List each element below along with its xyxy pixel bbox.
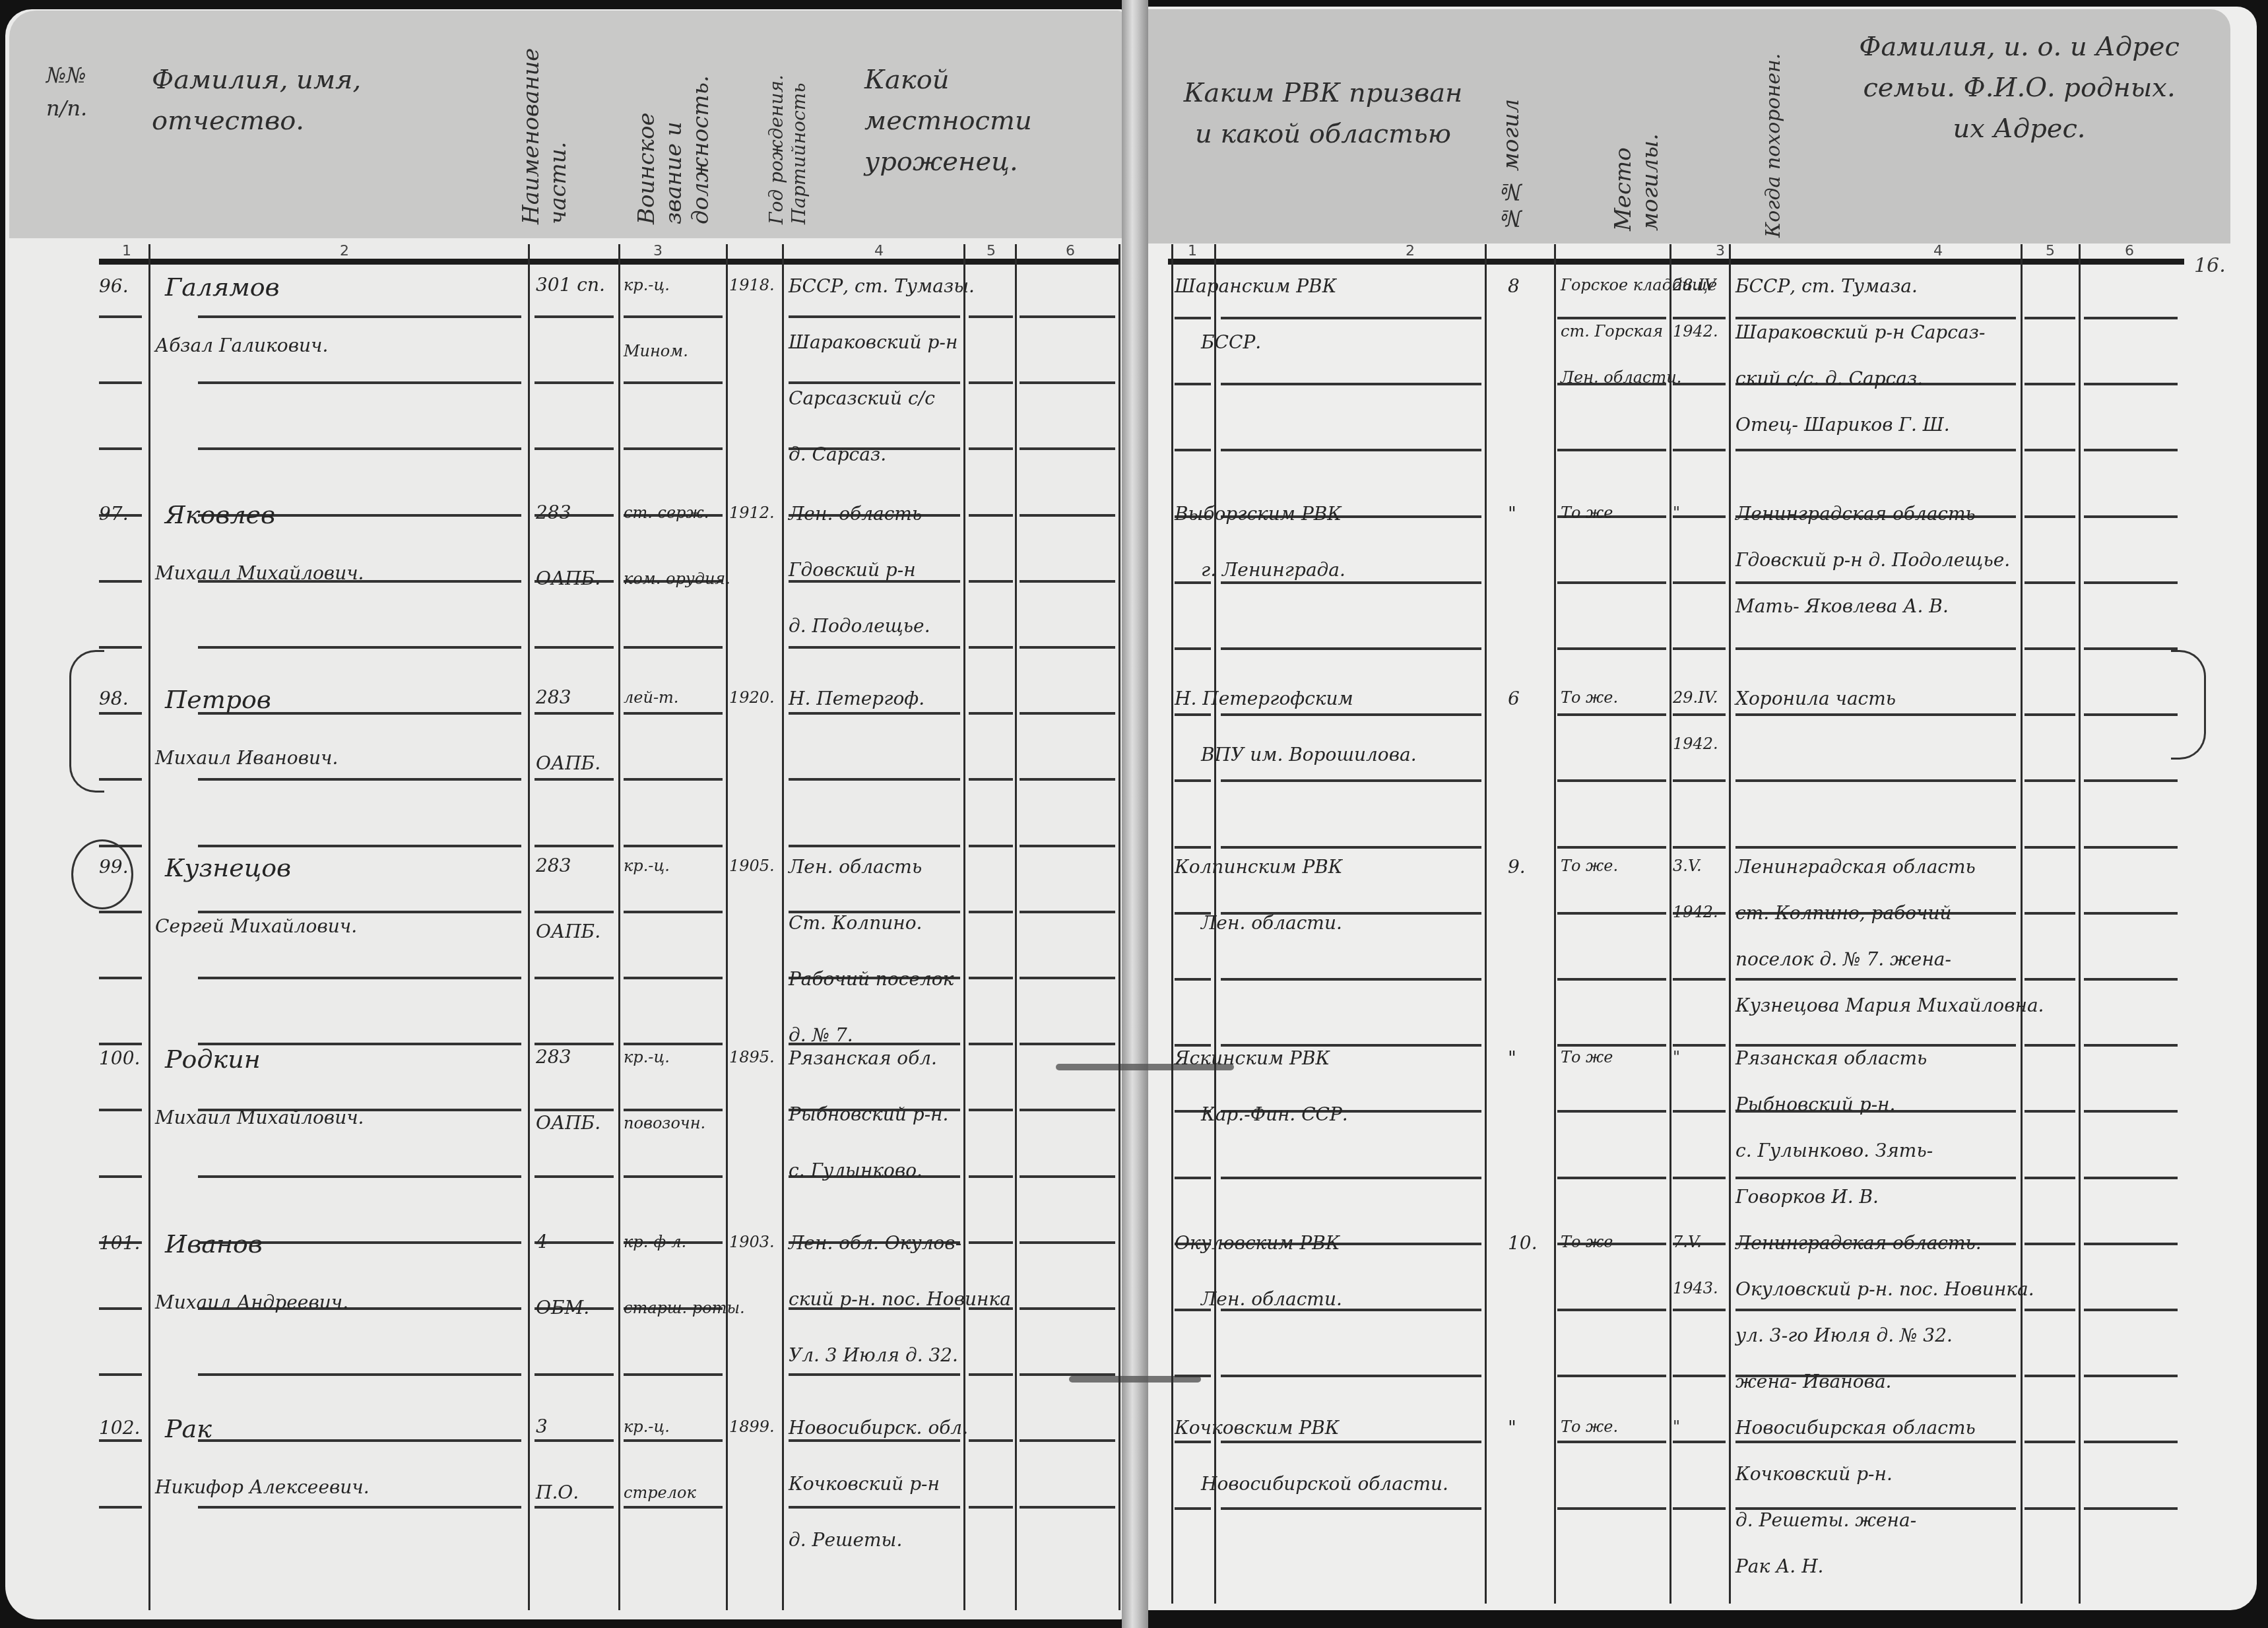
- ruled-line: [1557, 846, 1666, 849]
- ruled-line: [2025, 1177, 2075, 1179]
- ruled-line: [1673, 317, 1726, 319]
- ruled-line: [1735, 1044, 2016, 1047]
- ruled-line: [1673, 581, 1726, 584]
- ruled-line: [2084, 1507, 2178, 1510]
- header-col-number: №№ п/п.: [46, 59, 106, 125]
- record-number: 101.: [99, 1234, 140, 1253]
- column-divider: [1118, 244, 1120, 1610]
- record-unit: П.О.: [536, 1483, 579, 1502]
- column-divider: [148, 244, 150, 1610]
- ruled-line: [969, 977, 1013, 979]
- column-divider: [1015, 244, 1017, 1610]
- ruled-line: [2025, 1507, 2075, 1510]
- record-rank: повозочн.: [624, 1115, 705, 1131]
- ruled-line: [307, 1439, 521, 1442]
- header-col-unit: Наименование части.: [518, 26, 572, 224]
- record-burial-date: 1942.: [1673, 736, 1718, 752]
- ruled-line: [307, 381, 521, 384]
- record-surname: Кузнецов: [165, 855, 291, 880]
- ruled-line: [1221, 383, 1481, 385]
- ruled-line: [1673, 1375, 1726, 1377]
- record-family: ский с/с. д. Сарсаз.: [1735, 370, 1923, 388]
- ruled-line: [1673, 1044, 1726, 1047]
- ruled-line: [1673, 647, 1726, 650]
- ruled-line: [99, 712, 142, 715]
- ruled-line: [1221, 317, 1481, 319]
- ruled-line: [789, 315, 960, 318]
- ruled-line: [1557, 1375, 1666, 1377]
- record-unit: ОБМ.: [536, 1299, 589, 1317]
- ruled-line: [198, 977, 323, 979]
- ruled-line: [1175, 713, 1211, 716]
- record-given-names: Михаил Михайлович.: [155, 1109, 364, 1127]
- ruled-line: [1557, 1110, 1666, 1113]
- ruled-line: [969, 1109, 1013, 1111]
- ruled-line: [99, 646, 142, 649]
- record-family: Мать- Яковлева А. В.: [1735, 597, 1949, 616]
- ruled-line: [535, 447, 614, 450]
- ruled-line: [198, 845, 323, 847]
- record-origin: Лен. область: [789, 858, 922, 876]
- ruled-line: [2084, 846, 2178, 849]
- record-given-names: Михаил Михайлович.: [155, 564, 364, 583]
- column-divider: [618, 244, 620, 1610]
- ruled-line: [2025, 317, 2075, 319]
- ruled-line: [2084, 1243, 2178, 1245]
- record-family: Говорков И. В.: [1735, 1188, 1879, 1206]
- ruled-line: [1735, 1177, 2016, 1179]
- record-origin: Н. Петергоф.: [789, 690, 924, 708]
- ruled-line: [1735, 713, 2016, 716]
- record-number: 102.: [99, 1419, 140, 1437]
- record-grave-place: То же: [1561, 1049, 1613, 1065]
- record-unit: ОАПБ.: [536, 754, 600, 773]
- record-burial-date: 1942.: [1673, 904, 1718, 920]
- record-surname: Яковлев: [165, 502, 275, 527]
- column-divider: [1554, 244, 1556, 1604]
- ruled-line: [969, 1373, 1013, 1376]
- margin-bracket: [2171, 650, 2206, 760]
- record-family: Отец- Шариков Г. Ш.: [1735, 416, 1950, 434]
- column-number: 6: [2125, 243, 2134, 259]
- ruled-line: [1673, 713, 1726, 716]
- ruled-line: [624, 1373, 723, 1376]
- header-col-origin: Какой местности уроженец.: [864, 59, 1076, 182]
- ruled-line: [198, 447, 323, 450]
- record-grave-number: ": [1508, 505, 1516, 523]
- ruled-line: [1673, 1507, 1726, 1510]
- record-family: д. Решеты. жена-: [1735, 1511, 1916, 1530]
- ruled-line: [624, 778, 723, 781]
- record-rank: стрелок: [624, 1485, 696, 1501]
- record-rank: кр.-ц.: [624, 1049, 670, 1065]
- ruled-line: [307, 778, 521, 781]
- book-spine: [1122, 0, 1148, 1628]
- ruled-line: [2025, 779, 2075, 782]
- ruled-line: [1020, 778, 1115, 781]
- record-birth-year: 1905.: [729, 858, 775, 874]
- record-grave-number: ": [1508, 1419, 1516, 1437]
- ruled-line: [969, 911, 1013, 913]
- ruled-line: [99, 580, 142, 583]
- ruled-line: [969, 1506, 1013, 1509]
- ruled-line: [2084, 1110, 2178, 1113]
- record-burial-date: 3.V.: [1673, 858, 1702, 874]
- record-given-names: Никифор Алексеевич.: [155, 1478, 370, 1497]
- record-family: Хоронила часть: [1735, 690, 1896, 708]
- ruled-line: [2084, 317, 2178, 319]
- ruled-line: [1020, 447, 1115, 450]
- record-family: жена- Иванова.: [1735, 1373, 1892, 1391]
- ruled-line: [2084, 1441, 2178, 1443]
- ruled-line: [535, 646, 614, 649]
- ruled-line: [624, 381, 723, 384]
- ruled-line: [1020, 977, 1115, 979]
- record-rank: кр.-ц.: [624, 858, 670, 874]
- header-col-rank: Воинское звание и должность.: [633, 26, 714, 224]
- record-birth-year: 1899.: [729, 1419, 775, 1435]
- column-number: 5: [987, 243, 996, 259]
- record-burial-date: 28.IV: [1673, 277, 1716, 293]
- ruled-line: [1673, 978, 1726, 981]
- ruled-line: [307, 1043, 521, 1045]
- ruled-line: [1735, 647, 2016, 650]
- ruled-line: [1221, 1507, 1481, 1510]
- record-grave-number: 8: [1508, 277, 1520, 296]
- ruled-line: [2025, 449, 2075, 451]
- ruled-line: [1020, 1307, 1115, 1310]
- ruled-line: [1673, 1309, 1726, 1311]
- ruled-line: [198, 1373, 323, 1376]
- ruled-line: [1735, 317, 2016, 319]
- record-origin: Лен. обл. Окулов-: [789, 1234, 961, 1253]
- ruled-line: [1020, 1109, 1115, 1111]
- record-grave-place: То же.: [1561, 1419, 1618, 1435]
- ruled-line: [198, 1506, 323, 1509]
- record-grave-number: 9.: [1508, 858, 1526, 876]
- ruled-line: [1735, 846, 2016, 849]
- record-origin: д. Подолещье.: [789, 617, 930, 635]
- record-number: 99.: [99, 858, 129, 876]
- ruled-line: [1175, 317, 1211, 319]
- record-burial-date: 1942.: [1673, 323, 1718, 339]
- record-origin: Шараковский р-н: [789, 333, 957, 352]
- record-rank: ком. орудия.: [624, 571, 730, 587]
- ruled-line: [624, 315, 723, 318]
- record-grave-place: То же: [1561, 1234, 1613, 1250]
- ruled-line: [1020, 712, 1115, 715]
- record-unit: 301 сп.: [536, 276, 605, 294]
- record-grave-place: ст. Горская: [1561, 323, 1663, 339]
- record-family: Новосибирская область: [1735, 1419, 1976, 1437]
- record-origin: ский р-н. пос. Новинка: [789, 1290, 1011, 1309]
- ruled-line: [99, 1506, 142, 1509]
- ruled-line: [2025, 713, 2075, 716]
- column-number: 4: [1933, 243, 1943, 259]
- ruled-line: [1673, 1177, 1726, 1179]
- ruled-line: [99, 1439, 142, 1442]
- record-birth-year: 1912.: [729, 505, 775, 521]
- ruled-line: [624, 1109, 723, 1111]
- record-birth-year: 1903.: [729, 1234, 775, 1250]
- column-number: 1: [122, 243, 131, 259]
- ruled-line: [2084, 515, 2178, 518]
- ruled-line: [535, 845, 614, 847]
- record-rvk: Шаранским РВК: [1175, 277, 1336, 296]
- record-rank: кр.-ф-л.: [624, 1234, 686, 1250]
- record-unit: ОАПБ.: [536, 923, 600, 941]
- ruled-line: [1020, 1373, 1115, 1376]
- ruled-line: [624, 1439, 723, 1442]
- record-grave-number: 10.: [1508, 1234, 1538, 1253]
- ruled-line: [1175, 449, 1211, 451]
- record-number: 96.: [99, 277, 129, 296]
- record-grave-number: ": [1508, 1049, 1516, 1068]
- ruled-line: [969, 514, 1013, 517]
- record-birth-year: 1895.: [729, 1049, 775, 1065]
- record-rvk: Выборгским РВК: [1175, 505, 1342, 523]
- ruled-line: [624, 1175, 723, 1178]
- ruled-line: [2084, 912, 2178, 915]
- record-burial-date: 29.IV.: [1673, 690, 1718, 705]
- ruled-line: [1557, 647, 1666, 650]
- ruled-line: [307, 911, 521, 913]
- record-family: Гдовский р-н д. Подолещье.: [1735, 551, 2010, 570]
- record-family: с. Гулынково. Зять-: [1735, 1142, 1933, 1160]
- ruled-line: [1673, 1110, 1726, 1113]
- ruled-line: [1735, 581, 2016, 584]
- ruled-line: [1020, 845, 1115, 847]
- record-birth-year: 1920.: [729, 690, 775, 705]
- ruled-line: [535, 1373, 614, 1376]
- ruled-line: [2084, 1177, 2178, 1179]
- record-rank: старш. роты.: [624, 1300, 745, 1316]
- ruled-line: [2025, 846, 2075, 849]
- record-burial-date: ": [1673, 1049, 1680, 1065]
- record-rvk: ВПУ им. Ворошилова.: [1201, 746, 1417, 764]
- record-unit: 283: [536, 857, 571, 875]
- record-rank: кр.-ц.: [624, 1419, 670, 1435]
- ruled-line: [1673, 779, 1726, 782]
- record-given-names: Михаил Андреевич.: [155, 1293, 348, 1312]
- ruled-line: [2084, 978, 2178, 981]
- ruled-line: [2025, 515, 2075, 518]
- ruled-line: [99, 1043, 142, 1045]
- ruled-line: [1221, 779, 1481, 782]
- ruled-line: [307, 447, 521, 450]
- column-divider: [1729, 244, 1731, 1604]
- ruled-line: [99, 911, 142, 913]
- ruled-line: [969, 778, 1013, 781]
- ruled-line: [1557, 581, 1666, 584]
- ruled-line: [535, 911, 614, 913]
- column-divider: [1171, 244, 1173, 1604]
- ruled-line: [2025, 383, 2075, 385]
- ruled-line: [1020, 1043, 1115, 1045]
- ruled-line: [969, 315, 1013, 318]
- ruled-line: [2084, 1309, 2178, 1311]
- ruled-line: [1175, 779, 1211, 782]
- ruled-line: [535, 315, 614, 318]
- header-rule: [99, 259, 1118, 265]
- ruled-line: [1221, 647, 1481, 650]
- ruled-line: [624, 911, 723, 913]
- header-col-year: Год рождения. Партийность: [765, 13, 810, 224]
- record-rvk: Новосибирской области.: [1201, 1475, 1448, 1493]
- ruled-line: [2025, 1441, 2075, 1443]
- ruled-line: [624, 447, 723, 450]
- ruled-line: [1221, 1044, 1481, 1047]
- ruled-line: [1557, 1309, 1666, 1311]
- ruled-line: [789, 712, 960, 715]
- ruled-line: [535, 977, 614, 979]
- record-rvk: Кочковским РВК: [1175, 1419, 1339, 1437]
- ruled-line: [535, 1439, 614, 1442]
- ruled-line: [2084, 449, 2178, 451]
- ruled-line: [99, 381, 142, 384]
- record-origin: д. № 7.: [789, 1026, 853, 1045]
- ruled-line: [1221, 449, 1481, 451]
- record-origin: Сарсазский с/с: [789, 389, 935, 408]
- ruled-line: [1735, 779, 2016, 782]
- record-origin: Лен. область: [789, 505, 922, 523]
- ruled-line: [624, 1506, 723, 1509]
- ruled-line: [307, 646, 521, 649]
- header-rule: [1168, 259, 2184, 265]
- ruled-line: [307, 845, 521, 847]
- column-divider: [963, 244, 965, 1610]
- ruled-line: [1735, 449, 2016, 451]
- record-family: Ленинградская область: [1735, 858, 1976, 876]
- ruled-line: [1221, 713, 1481, 716]
- ruled-line: [1557, 912, 1666, 915]
- record-origin: Новосибирск. обл.: [789, 1419, 968, 1437]
- ruled-line: [624, 845, 723, 847]
- ruled-line: [1020, 514, 1115, 517]
- ruled-line: [1175, 1044, 1211, 1047]
- ruled-line: [789, 1439, 960, 1442]
- record-unit: 283: [536, 504, 571, 522]
- column-divider: [726, 244, 728, 1610]
- ruled-line: [198, 315, 323, 318]
- record-burial-date: ": [1673, 505, 1680, 521]
- ruled-line: [1020, 911, 1115, 913]
- record-family: Рязанская область: [1735, 1049, 1927, 1068]
- record-rvk: БССР.: [1201, 333, 1261, 352]
- ruled-line: [307, 1175, 521, 1178]
- record-origin: БССР, ст. Тумазы.: [789, 277, 975, 296]
- ruled-line: [1557, 779, 1666, 782]
- ruled-line: [535, 1109, 614, 1111]
- column-number: 6: [1066, 243, 1075, 259]
- record-number: 100.: [99, 1049, 140, 1068]
- column-number: 2: [1406, 243, 1415, 259]
- record-given-names: Абзал Галикович.: [155, 337, 328, 355]
- ruled-line: [99, 1373, 142, 1376]
- ruled-line: [1175, 647, 1211, 650]
- record-surname: Родкин: [165, 1047, 261, 1072]
- record-unit: ОАПБ.: [536, 570, 600, 588]
- margin-bracket: [69, 650, 104, 793]
- ruled-line: [969, 447, 1013, 450]
- ruled-line: [307, 712, 521, 715]
- ruled-line: [1557, 1177, 1666, 1179]
- ruled-line: [1175, 383, 1211, 385]
- header-col-family: Фамилия, и. о. и Адрес семьи. Ф.И.О. род…: [1848, 26, 2191, 149]
- ruled-line: [1175, 1375, 1211, 1377]
- ruled-line: [1557, 1441, 1666, 1443]
- record-grave-place: Лен. области.: [1561, 370, 1681, 385]
- ruled-line: [789, 1373, 960, 1376]
- ruled-line: [1221, 1375, 1481, 1377]
- record-rank: лей-т.: [624, 690, 678, 705]
- ruled-line: [624, 1043, 723, 1045]
- record-family: Кочковский р-н.: [1735, 1465, 1893, 1483]
- record-rvk: Лен. области.: [1201, 914, 1342, 932]
- record-origin: Ст. Колпино.: [789, 914, 922, 932]
- record-origin: Рыбновский р-н.: [789, 1105, 948, 1124]
- ruled-line: [535, 712, 614, 715]
- record-rvk: Яскинским РВК: [1175, 1049, 1330, 1068]
- ruled-line: [1735, 978, 2016, 981]
- ruled-line: [99, 1109, 142, 1111]
- record-family: Ленинградская область.: [1735, 1234, 1982, 1253]
- ruled-line: [2084, 1375, 2178, 1377]
- ruled-line: [1020, 315, 1115, 318]
- record-grave-place: То же.: [1561, 690, 1618, 705]
- ruled-line: [1557, 1507, 1666, 1510]
- header-col-name: Фамилия, имя, отчество.: [152, 59, 495, 141]
- ruled-line: [2084, 713, 2178, 716]
- ruled-line: [1020, 1439, 1115, 1442]
- ruled-line: [1221, 1441, 1481, 1443]
- record-unit: ОАПБ.: [536, 1114, 600, 1132]
- ruled-line: [535, 381, 614, 384]
- ruled-line: [789, 845, 960, 847]
- ruled-line: [1020, 580, 1115, 583]
- record-surname: Рак: [165, 1416, 212, 1441]
- record-origin: Ул. 3 Июля д. 32.: [789, 1346, 958, 1365]
- ruled-line: [535, 1506, 614, 1509]
- record-rvk: г. Ленинграда.: [1201, 561, 1345, 579]
- ruled-line: [2025, 581, 2075, 584]
- ruled-line: [99, 1307, 142, 1310]
- ruled-line: [1557, 317, 1666, 319]
- ruled-line: [198, 646, 323, 649]
- ruled-line: [1175, 978, 1211, 981]
- right-page: [1142, 7, 2257, 1610]
- ruled-line: [2084, 647, 2178, 650]
- ruled-line: [99, 977, 142, 979]
- ruled-line: [198, 778, 323, 781]
- record-burial-date: 1943.: [1673, 1280, 1718, 1296]
- record-rvk: Кар.-Фин. ССР.: [1201, 1105, 1348, 1124]
- record-unit: 3: [536, 1417, 548, 1436]
- record-unit: 4: [536, 1233, 548, 1251]
- ruled-line: [99, 315, 142, 318]
- ruled-line: [789, 778, 960, 781]
- record-family: БССР, ст. Тумаза.: [1735, 277, 1918, 296]
- column-number: 3: [1716, 243, 1725, 259]
- ruled-line: [307, 315, 521, 318]
- ruled-line: [307, 1241, 521, 1244]
- ruled-line: [1221, 1177, 1481, 1179]
- column-divider: [2021, 244, 2023, 1604]
- ruled-line: [1221, 581, 1481, 584]
- left-page: [5, 9, 1127, 1619]
- ruled-line: [1673, 449, 1726, 451]
- record-origin: Рязанская обл.: [789, 1049, 937, 1068]
